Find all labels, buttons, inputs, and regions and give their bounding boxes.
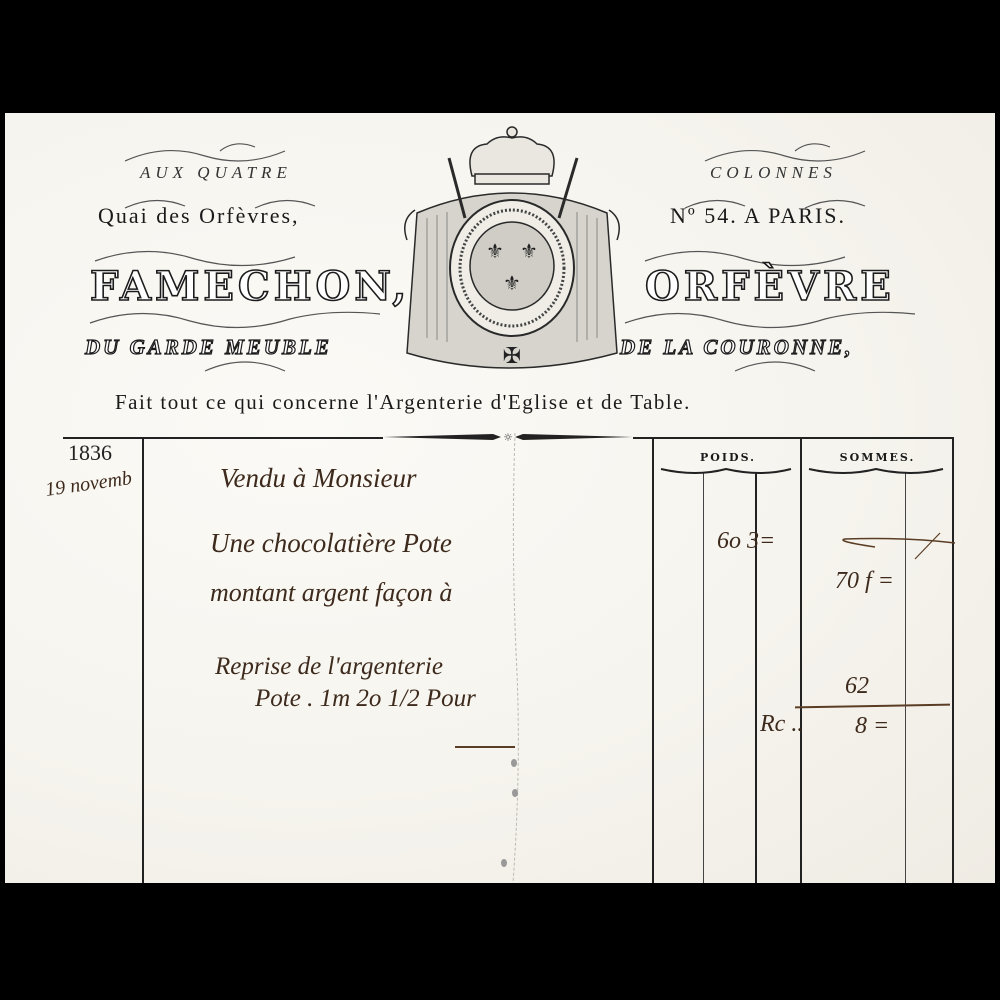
fold-crease bbox=[500, 433, 530, 883]
coat-of-arms-icon: ⚜ ⚜ ⚜ ✠ bbox=[387, 118, 637, 373]
balance-prefix: Rc .. bbox=[760, 711, 803, 738]
entry-line-2: Une chocolatière Pote bbox=[210, 528, 452, 559]
entry-line-1: Vendu à Monsieur bbox=[220, 463, 416, 494]
entry-line-5: Pote . 1m 2o 1/2 Pour bbox=[255, 685, 476, 713]
date-column-rule bbox=[142, 437, 144, 883]
table-top-left-rule bbox=[63, 437, 383, 439]
sign-right: COLONNES bbox=[710, 163, 837, 183]
sommes-column-left-rule bbox=[800, 437, 802, 883]
appointment-right: DE LA COURONNE, bbox=[620, 335, 853, 360]
table-top-right-rule bbox=[633, 437, 953, 439]
sum-rule bbox=[795, 704, 950, 709]
svg-text:✠: ✠ bbox=[503, 344, 521, 369]
address-right: Nº 54. A PARIS. bbox=[670, 203, 846, 229]
svg-text:⚜: ⚜ bbox=[503, 271, 521, 295]
maker-title: ORFÈVRE bbox=[645, 263, 895, 310]
invoice-date: 19 novemb bbox=[44, 467, 134, 502]
invoice-paper: AUX QUATRE COLONNES Quai des Orfèvres, N… bbox=[5, 113, 995, 883]
entry-line-4: Reprise de l'argenterie bbox=[215, 653, 443, 681]
header-brace-ornaments bbox=[657, 463, 957, 477]
amount-flourish bbox=[835, 531, 965, 561]
sign-left: AUX QUATRE bbox=[140, 163, 292, 183]
invoice-year: 1836 bbox=[68, 440, 112, 466]
sommes-column-right-rule bbox=[952, 437, 954, 883]
appointment-left: DU GARDE MEUBLE bbox=[85, 335, 332, 360]
amount-reprise: 62 bbox=[845, 673, 869, 700]
poids-sub-rule bbox=[703, 473, 704, 883]
tagline: Fait tout ce qui concerne l'Argenterie d… bbox=[115, 390, 691, 415]
svg-text:⚜: ⚜ bbox=[486, 239, 504, 263]
address-left: Quai des Orfèvres, bbox=[98, 203, 300, 229]
weight-value: 6o 3= bbox=[717, 528, 775, 555]
amount-balance: 8 = bbox=[855, 713, 889, 740]
poids-column-left-rule bbox=[652, 437, 654, 883]
amount-sale: 70 f = bbox=[835, 568, 894, 595]
maker-name: FAMECHON, bbox=[90, 263, 410, 310]
svg-text:⚜: ⚜ bbox=[520, 239, 538, 263]
entry-line-3: montant argent façon à bbox=[210, 578, 452, 608]
